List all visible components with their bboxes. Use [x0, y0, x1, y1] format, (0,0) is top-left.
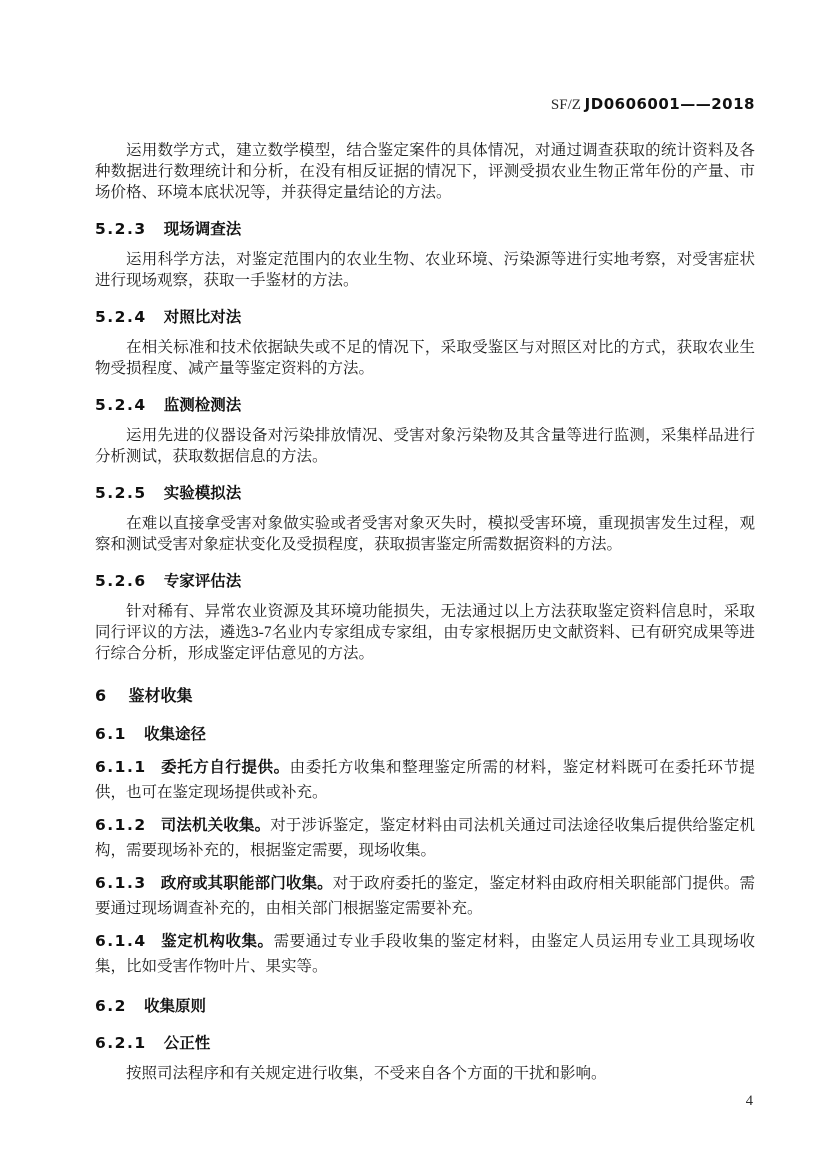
heading-number: 5.2.4 [95, 396, 147, 414]
heading-number: 5.2.6 [95, 572, 147, 590]
heading-title: 现场调查法 [164, 220, 242, 238]
section-heading: 5.2.5实验模拟法 [95, 482, 755, 504]
heading-number: 6.2 [95, 997, 127, 1015]
page-header: SF/Z JD0606001——2018 [95, 0, 755, 113]
heading-title: 收集途径 [144, 725, 206, 743]
clause-label: 委托方自行提供。 [161, 758, 290, 776]
section-heading: 5.2.6专家评估法 [95, 570, 755, 592]
section-heading: 5.2.4对照比对法 [95, 306, 755, 328]
subsection-heading: 6.2收集原则 [95, 995, 755, 1017]
clause-label: 鉴定机构收集。 [161, 932, 274, 950]
heading-title: 收集原则 [144, 997, 206, 1015]
paragraph: 运用数学方式，建立数学模型，结合鉴定案件的具体情况，对通过调查获取的统计资料及各… [95, 140, 755, 203]
clause-item: 6.1.3政府或其职能部门收集。对于政府委托的鉴定，鉴定材料由政府相关职能部门提… [95, 871, 755, 921]
paragraph: 运用先进的仪器设备对污染排放情况、受害对象污染物及其含量等进行监测，采集样品进行… [95, 425, 755, 467]
paragraph: 按照司法程序和有关规定进行收集，不受来自各个方面的干扰和影响。 [95, 1063, 755, 1084]
clause-item: 6.1.2司法机关收集。对于涉诉鉴定，鉴定材料由司法机关通过司法途径收集后提供给… [95, 813, 755, 863]
clause-number: 6.1.4 [95, 932, 147, 950]
heading-number: 6.2.1 [95, 1034, 147, 1052]
heading-number: 5.2.3 [95, 220, 147, 238]
standard-code-prefix: SF/Z [551, 97, 585, 113]
heading-number: 6.1 [95, 725, 127, 743]
page-number: 4 [746, 1093, 753, 1109]
document-page: SF/Z JD0606001——2018 运用数学方式，建立数学模型，结合鉴定案… [0, 0, 827, 1169]
clause-item: 6.1.1委托方自行提供。由委托方收集和整理鉴定所需的材料，鉴定材料既可在委托环… [95, 755, 755, 805]
clause-number: 6.1.1 [95, 758, 147, 776]
clause-item: 6.1.4鉴定机构收集。需要通过专业手段收集的鉴定材料，由鉴定人员运用专业工具现… [95, 929, 755, 979]
subsection-heading: 6.1收集途径 [95, 723, 755, 745]
heading-title: 实验模拟法 [164, 484, 242, 502]
paragraph: 在相关标准和技术依据缺失或不足的情况下，采取受鉴区与对照区对比的方式，获取农业生… [95, 337, 755, 379]
section-heading: 6.2.1公正性 [95, 1032, 755, 1054]
heading-number: 5.2.5 [95, 484, 147, 502]
heading-title: 监测检测法 [164, 396, 242, 414]
section-heading: 5.2.3现场调查法 [95, 218, 755, 240]
document-body: 运用数学方式，建立数学模型，结合鉴定案件的具体情况，对通过调查获取的统计资料及各… [95, 140, 755, 1084]
chapter-heading: 6鉴材收集 [95, 684, 755, 707]
heading-number: 6 [95, 686, 108, 705]
heading-title: 鉴材收集 [128, 686, 192, 705]
heading-title: 公正性 [164, 1034, 211, 1052]
standard-code: JD0606001——2018 [585, 95, 755, 113]
heading-number: 5.2.4 [95, 308, 147, 326]
heading-title: 对照比对法 [164, 308, 242, 326]
paragraph: 运用科学方法，对鉴定范围内的农业生物、农业环境、污染源等进行实地考察，对受害症状… [95, 249, 755, 291]
clause-label: 司法机关收集。 [161, 816, 271, 834]
clause-number: 6.1.3 [95, 874, 147, 892]
heading-title: 专家评估法 [164, 572, 242, 590]
page-footer: 4 [746, 1093, 753, 1110]
section-heading: 5.2.4监测检测法 [95, 394, 755, 416]
clause-label: 政府或其职能部门收集。 [161, 874, 333, 892]
clause-number: 6.1.2 [95, 816, 147, 834]
paragraph: 在难以直接拿受害对象做实验或者受害对象灭失时，模拟受害环境，重现损害发生过程，观… [95, 513, 755, 555]
paragraph: 针对稀有、异常农业资源及其环境功能损失，无法通过以上方法获取鉴定资料信息时，采取… [95, 601, 755, 664]
